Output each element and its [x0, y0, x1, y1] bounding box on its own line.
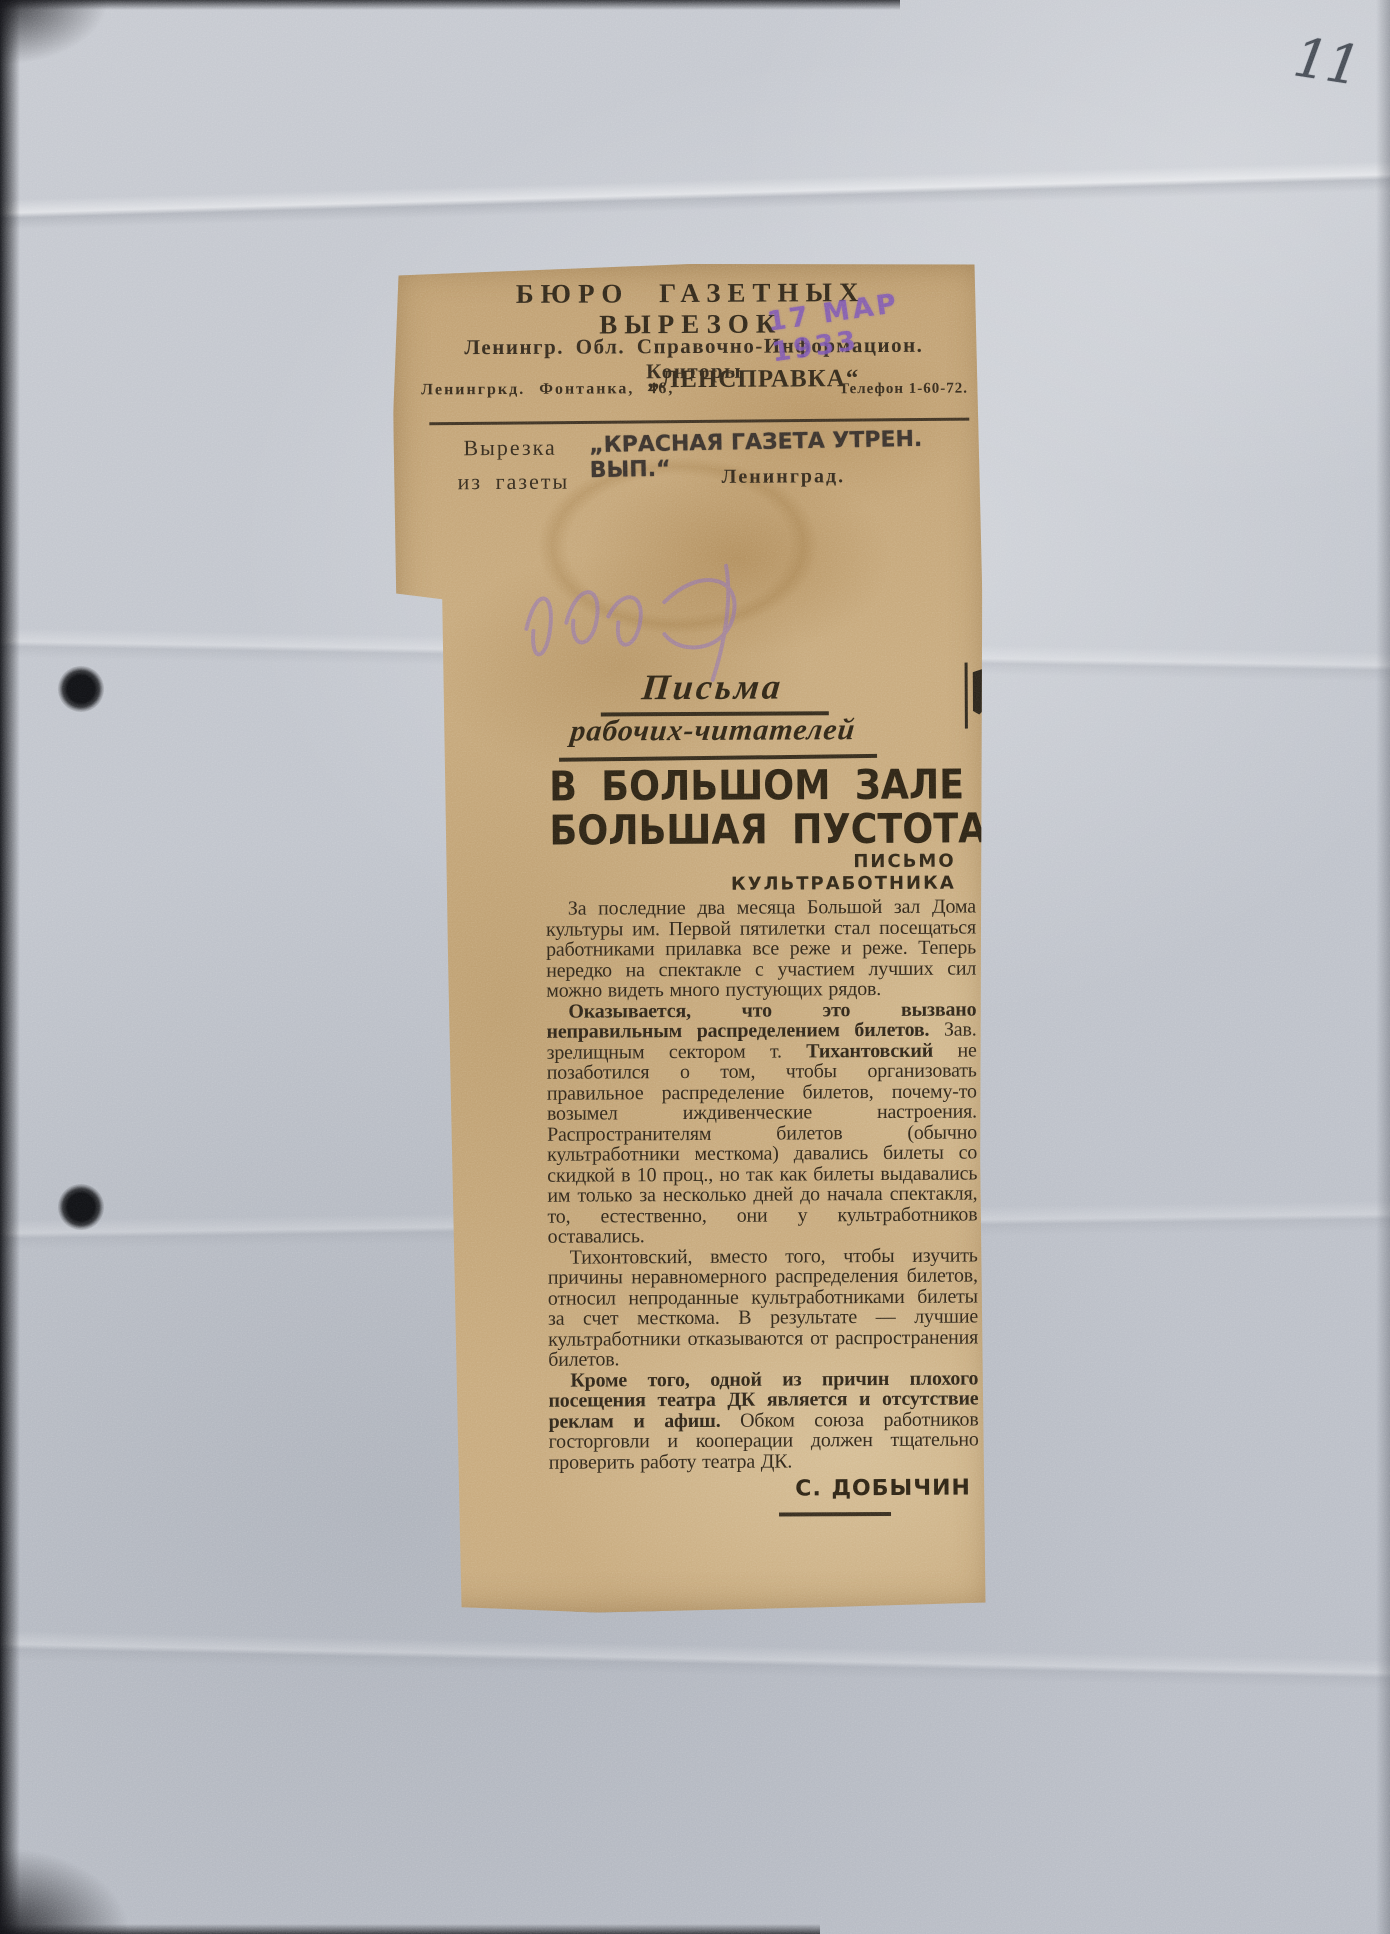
headline-line2: БОЛЬШАЯ ПУСТОТА	[549, 805, 895, 854]
paragraph: Кроме того, одной из причин плохого посе…	[548, 1368, 979, 1473]
photo-frame: { "page": { "number": "11" }, "colors": …	[0, 0, 1390, 1934]
end-divider	[779, 1511, 891, 1516]
article-body: За последние два месяца Большой зал Дома…	[546, 897, 979, 1518]
source-label-line1: Вырезка	[463, 435, 556, 461]
paper-crease	[0, 1630, 1390, 1690]
header-divider	[429, 418, 969, 426]
hole-punch-bottom	[58, 1184, 104, 1230]
bureau-brand: „ЛЕНСПРАВКА“	[647, 365, 859, 394]
newspaper-clipping: БЮРО ГАЗЕТНЫХ ВЫРЕЗОК Ленингр. Обл. Спра…	[390, 260, 993, 1613]
column-rule-fragment	[965, 663, 968, 729]
newspaper-city: Ленинград.	[722, 465, 846, 489]
edge-print-mark	[973, 668, 989, 714]
page-edge-left	[0, 0, 20, 1934]
page-edge-right	[1376, 0, 1390, 1934]
rubric-line2: рабочих-читателей	[541, 713, 884, 749]
page-corner-bottom-left	[0, 1754, 260, 1934]
paragraph: За последние два месяца Большой зал Дома…	[546, 897, 977, 1002]
kicker-line2: КУЛЬТРАБОТНИКА	[684, 873, 956, 896]
page-corner-top-left	[0, 0, 200, 140]
paragraph: Оказывается, что это вызвано неправильны…	[546, 999, 977, 1247]
source-label-line2: из газеты	[458, 469, 570, 496]
paper-crease	[0, 160, 1390, 230]
bureau-phone: Телефон 1-60-72.	[839, 381, 968, 399]
bureau-address: Ленингркд. Фонтанка, 46,	[421, 380, 674, 399]
rubric-line1: Письма	[571, 665, 855, 708]
signature: С. ДОБЫЧИН	[549, 1479, 979, 1502]
headline-line1: В БОЛЬШОМ ЗАЛЕ	[549, 761, 895, 810]
kicker: ПИСЬМО КУЛЬТРАБОТНИКА	[684, 851, 956, 896]
archive-page: 11 БЮРО ГАЗЕТНЫХ ВЫРЕЗОК Ленингр. Обл. С…	[0, 0, 1390, 1934]
hole-punch-top	[58, 666, 104, 712]
page-number: 11	[1289, 25, 1363, 97]
kicker-line1: ПИСЬМО	[684, 851, 956, 874]
paragraph: Тихонтовский, вместо того, чтобы изучить…	[548, 1245, 979, 1370]
